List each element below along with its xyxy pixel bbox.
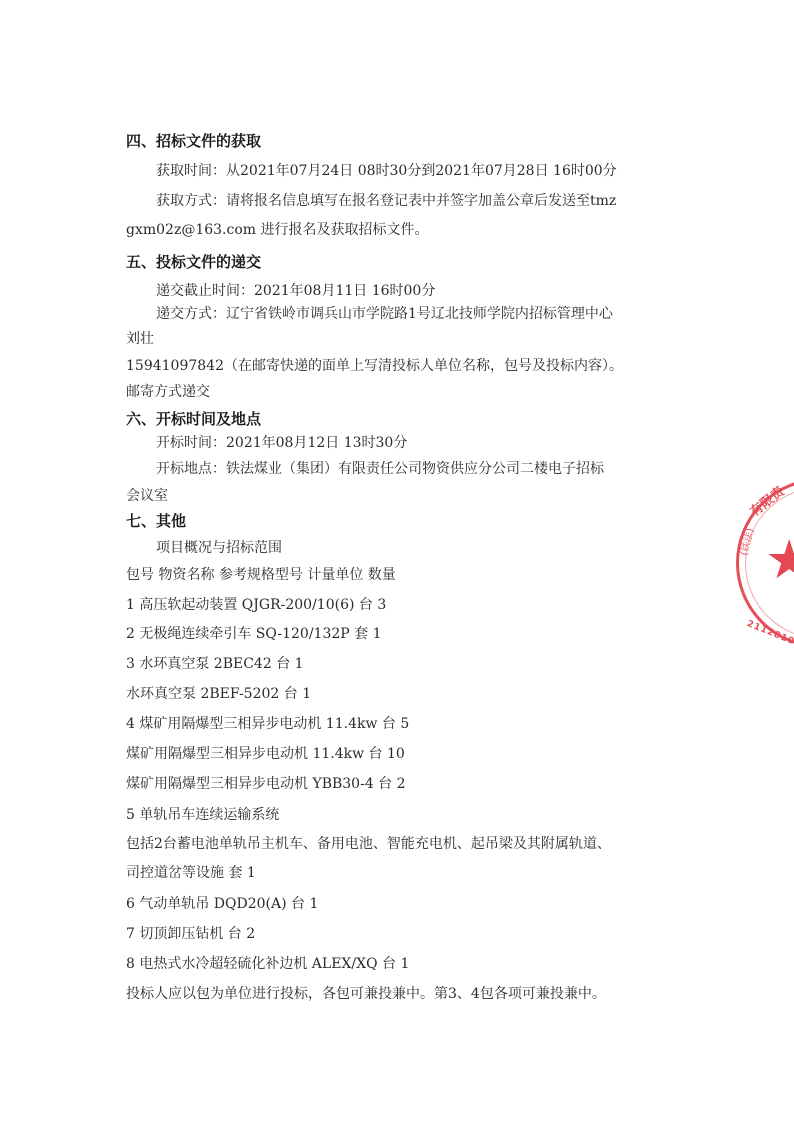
- list-item: 司控道岔等设施 套 1: [126, 864, 256, 882]
- opening-place: 开标地点：铁法煤业（集团）有限责任公司物资供应分公司二楼电子招标: [156, 460, 604, 478]
- submit-mail: 邮寄方式递交: [126, 383, 210, 401]
- list-item: 煤矿用隔爆型三相异步电动机 11.4kw 台 10: [126, 745, 405, 763]
- official-seal: 有限责 (铁法) ★ 2112810: [736, 478, 794, 648]
- submit-contact: 刘壮: [126, 330, 154, 348]
- acquire-time: 获取时间：从2021年07月24日 08时30分到2021年07月28日 16时…: [156, 162, 617, 180]
- acquire-method: 获取方式：请将报名信息填写在报名登记表中并签字加盖公章后发送至tmz: [156, 192, 616, 210]
- list-item: 包括2台蓄电池单轨吊主机车、备用电池、智能充电机、起吊梁及其附属轨道、: [126, 835, 611, 853]
- list-item: 4 煤矿用隔爆型三相异步电动机 11.4kw 台 5: [126, 715, 409, 733]
- list-item: 5 单轨吊车连续运输系统: [126, 806, 279, 824]
- list-item: 煤矿用隔爆型三相异步电动机 YBB30-4 台 2: [126, 775, 406, 793]
- list-item: 6 气动单轨吊 DQD20(A) 台 1: [126, 895, 318, 913]
- section-6-title: 六、开标时间及地点: [126, 410, 261, 428]
- submit-phone-note: 15941097842（在邮寄快递的面单上写清投标人单位名称，包号及投标内容）。: [126, 357, 623, 375]
- section-7-title: 七、其他: [126, 512, 186, 530]
- list-item: 7 切顶卸压钻机 台 2: [126, 925, 255, 943]
- star-icon: ★: [765, 533, 794, 587]
- section-5-title: 五、投标文件的递交: [126, 253, 261, 271]
- items-header: 包号 物资名称 参考规格型号 计量单位 数量: [126, 566, 396, 584]
- list-item: 水环真空泵 2BEF-5202 台 1: [126, 685, 311, 703]
- acquire-method-cont: gxm02z@163.com 进行报名及获取招标文件。: [126, 221, 429, 239]
- submit-method: 递交方式：辽宁省铁岭市调兵山市学院路1号辽北技师学院内招标管理中心: [156, 305, 613, 323]
- list-item: 2 无极绳连续牵引车 SQ-120/132P 套 1: [126, 625, 382, 643]
- project-overview-subtitle: 项目概况与招标范围: [156, 539, 282, 557]
- opening-place-cont: 会议室: [126, 487, 168, 505]
- section-4-title: 四、招标文件的获取: [126, 132, 261, 150]
- opening-time: 开标时间：2021年08月12日 13时30分: [156, 434, 407, 452]
- list-item: 1 高压软起动装置 QJGR-200/10(6) 台 3: [126, 596, 386, 614]
- list-item: 3 水环真空泵 2BEC42 台 1: [126, 655, 304, 673]
- list-item: 8 电热式水冷超轻硫化补边机 ALEX/XQ 台 1: [126, 955, 409, 973]
- submit-deadline: 递交截止时间：2021年08月11日 16时00分: [156, 282, 435, 300]
- bidding-note: 投标人应以包为单位进行投标，各包可兼投兼中。第3、4包各项可兼投兼中。: [126, 985, 606, 1003]
